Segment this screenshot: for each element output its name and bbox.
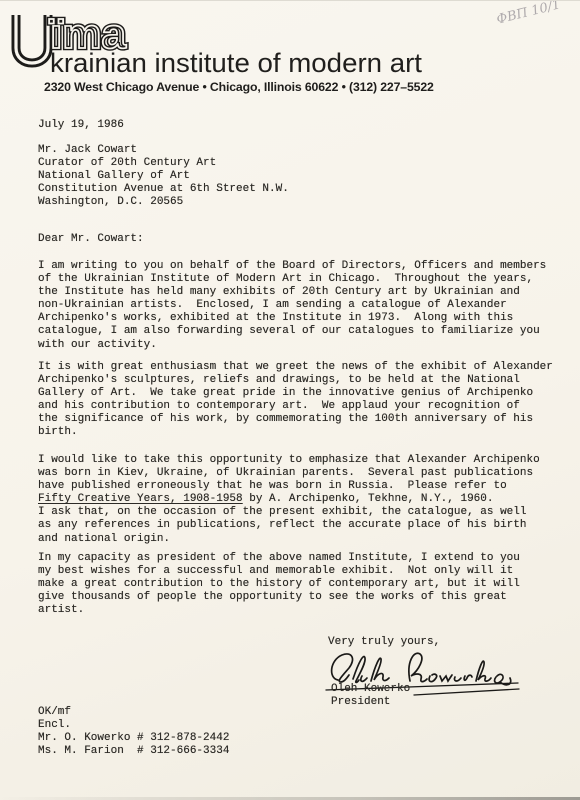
letter-page: ïma ïma krainian institute of modern art… xyxy=(0,0,580,800)
recipient-address: Mr. Jack Cowart Curator of 20th Century … xyxy=(38,144,572,209)
handwritten-annotation: ФВП 10/1 xyxy=(495,0,562,28)
logo-wordmark: krainian institute of modern art xyxy=(50,48,423,78)
logo-u-outline xyxy=(16,15,48,63)
paragraph-4: In my capacity as president of the above… xyxy=(38,552,572,617)
paragraph-1: I am writing to you on behalf of the Boa… xyxy=(38,260,572,352)
uima-logo: ïma ïma krainian institute of modern art xyxy=(6,3,466,85)
paragraph-3: I would like to take this opportunity to… xyxy=(38,454,572,546)
letter-date: July 19, 1986 xyxy=(38,119,572,132)
book-title-underlined: Fifty Creative Years, 1908-1958 xyxy=(38,493,243,505)
letterhead-address: 2320 West Chicago Avenue • Chicago, Illi… xyxy=(44,80,444,94)
reference-block: OK/mf Encl. Mr. O. Kowerko # 312-878-244… xyxy=(38,706,572,758)
paragraph-2: It is with great enthusiasm that we gree… xyxy=(38,361,572,440)
salutation: Dear Mr. Cowart: xyxy=(38,233,572,246)
paragraph-3-lead: I would like to take this opportunity to… xyxy=(38,454,540,492)
signer-name: Oleh Kowerko xyxy=(331,683,580,696)
